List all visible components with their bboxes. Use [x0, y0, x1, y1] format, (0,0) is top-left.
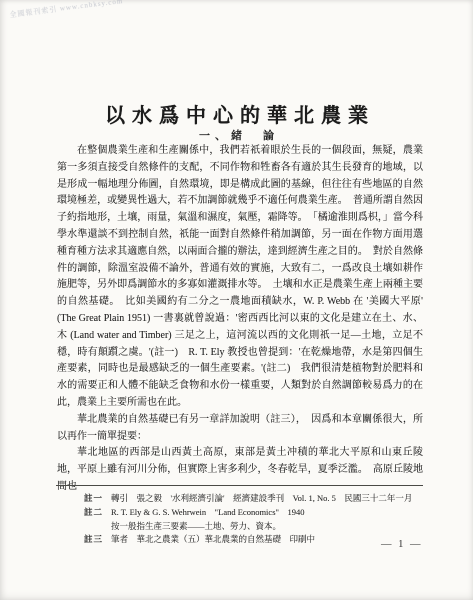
- footnote-item: 註三 筆者 華北之農業（五）華北農業的自然基礎 印刷中: [56, 533, 423, 547]
- section-heading: 一、緒 論: [0, 127, 473, 143]
- footnote-item: 註一 轉引 張之毅 '水利經濟引論' 經濟建設季刊 Vol. 1, No. 5 …: [56, 492, 423, 506]
- footnote-item-continuation: 按一般指生產三要素——土地、勞力、資本。: [56, 520, 423, 534]
- footnote-text: 按一般指生產三要素——土地、勞力、資本。: [111, 520, 423, 534]
- paragraph-natural-basis: 華北農業的自然基礎已有另一章詳加說明（註三）， 因爲和本章關係很大，所以再作一簡…: [57, 412, 423, 446]
- footnote-label: 註三: [84, 533, 111, 547]
- footnote-label: 註二: [84, 506, 111, 520]
- scanned-document-page: 全國報刊索引 www.cnbksy.com 以水爲中心的華北農業 一、緒 論 在…: [0, 0, 473, 600]
- footnote-text: R. T. Ely & G. S. Wehrwein "Land Economi…: [111, 506, 423, 520]
- footnote-item: 註二 R. T. Ely & G. S. Wehrwein "Land Econ…: [56, 506, 423, 520]
- page-number: — 1 —: [381, 539, 423, 550]
- footnote-label: 註一: [84, 492, 111, 506]
- paragraph-introduction: 在整個農業生產和生產關係中，我們若祇着眼於生長的一個段面，無疑，農業第一多須直接…: [57, 143, 423, 412]
- footnote-text: 筆者 華北之農業（五）華北農業的自然基礎 印刷中: [111, 533, 423, 547]
- article-title: 以水爲中心的華北農業: [0, 99, 473, 128]
- footnote-text: 轉引 張之毅 '水利經濟引論' 經濟建設季刊 Vol. 1, No. 5 民國三…: [111, 492, 423, 506]
- database-watermark: 全國報刊索引 www.cnbksy.com: [9, 0, 124, 20]
- article-body: 在整個農業生產和生產關係中，我們若祇着眼於生長的一個段面，無疑，農業第一多須直接…: [57, 143, 423, 496]
- footnotes-section: 註一 轉引 張之毅 '水利經濟引論' 經濟建設季刊 Vol. 1, No. 5 …: [56, 485, 423, 547]
- footnote-label: [84, 520, 111, 534]
